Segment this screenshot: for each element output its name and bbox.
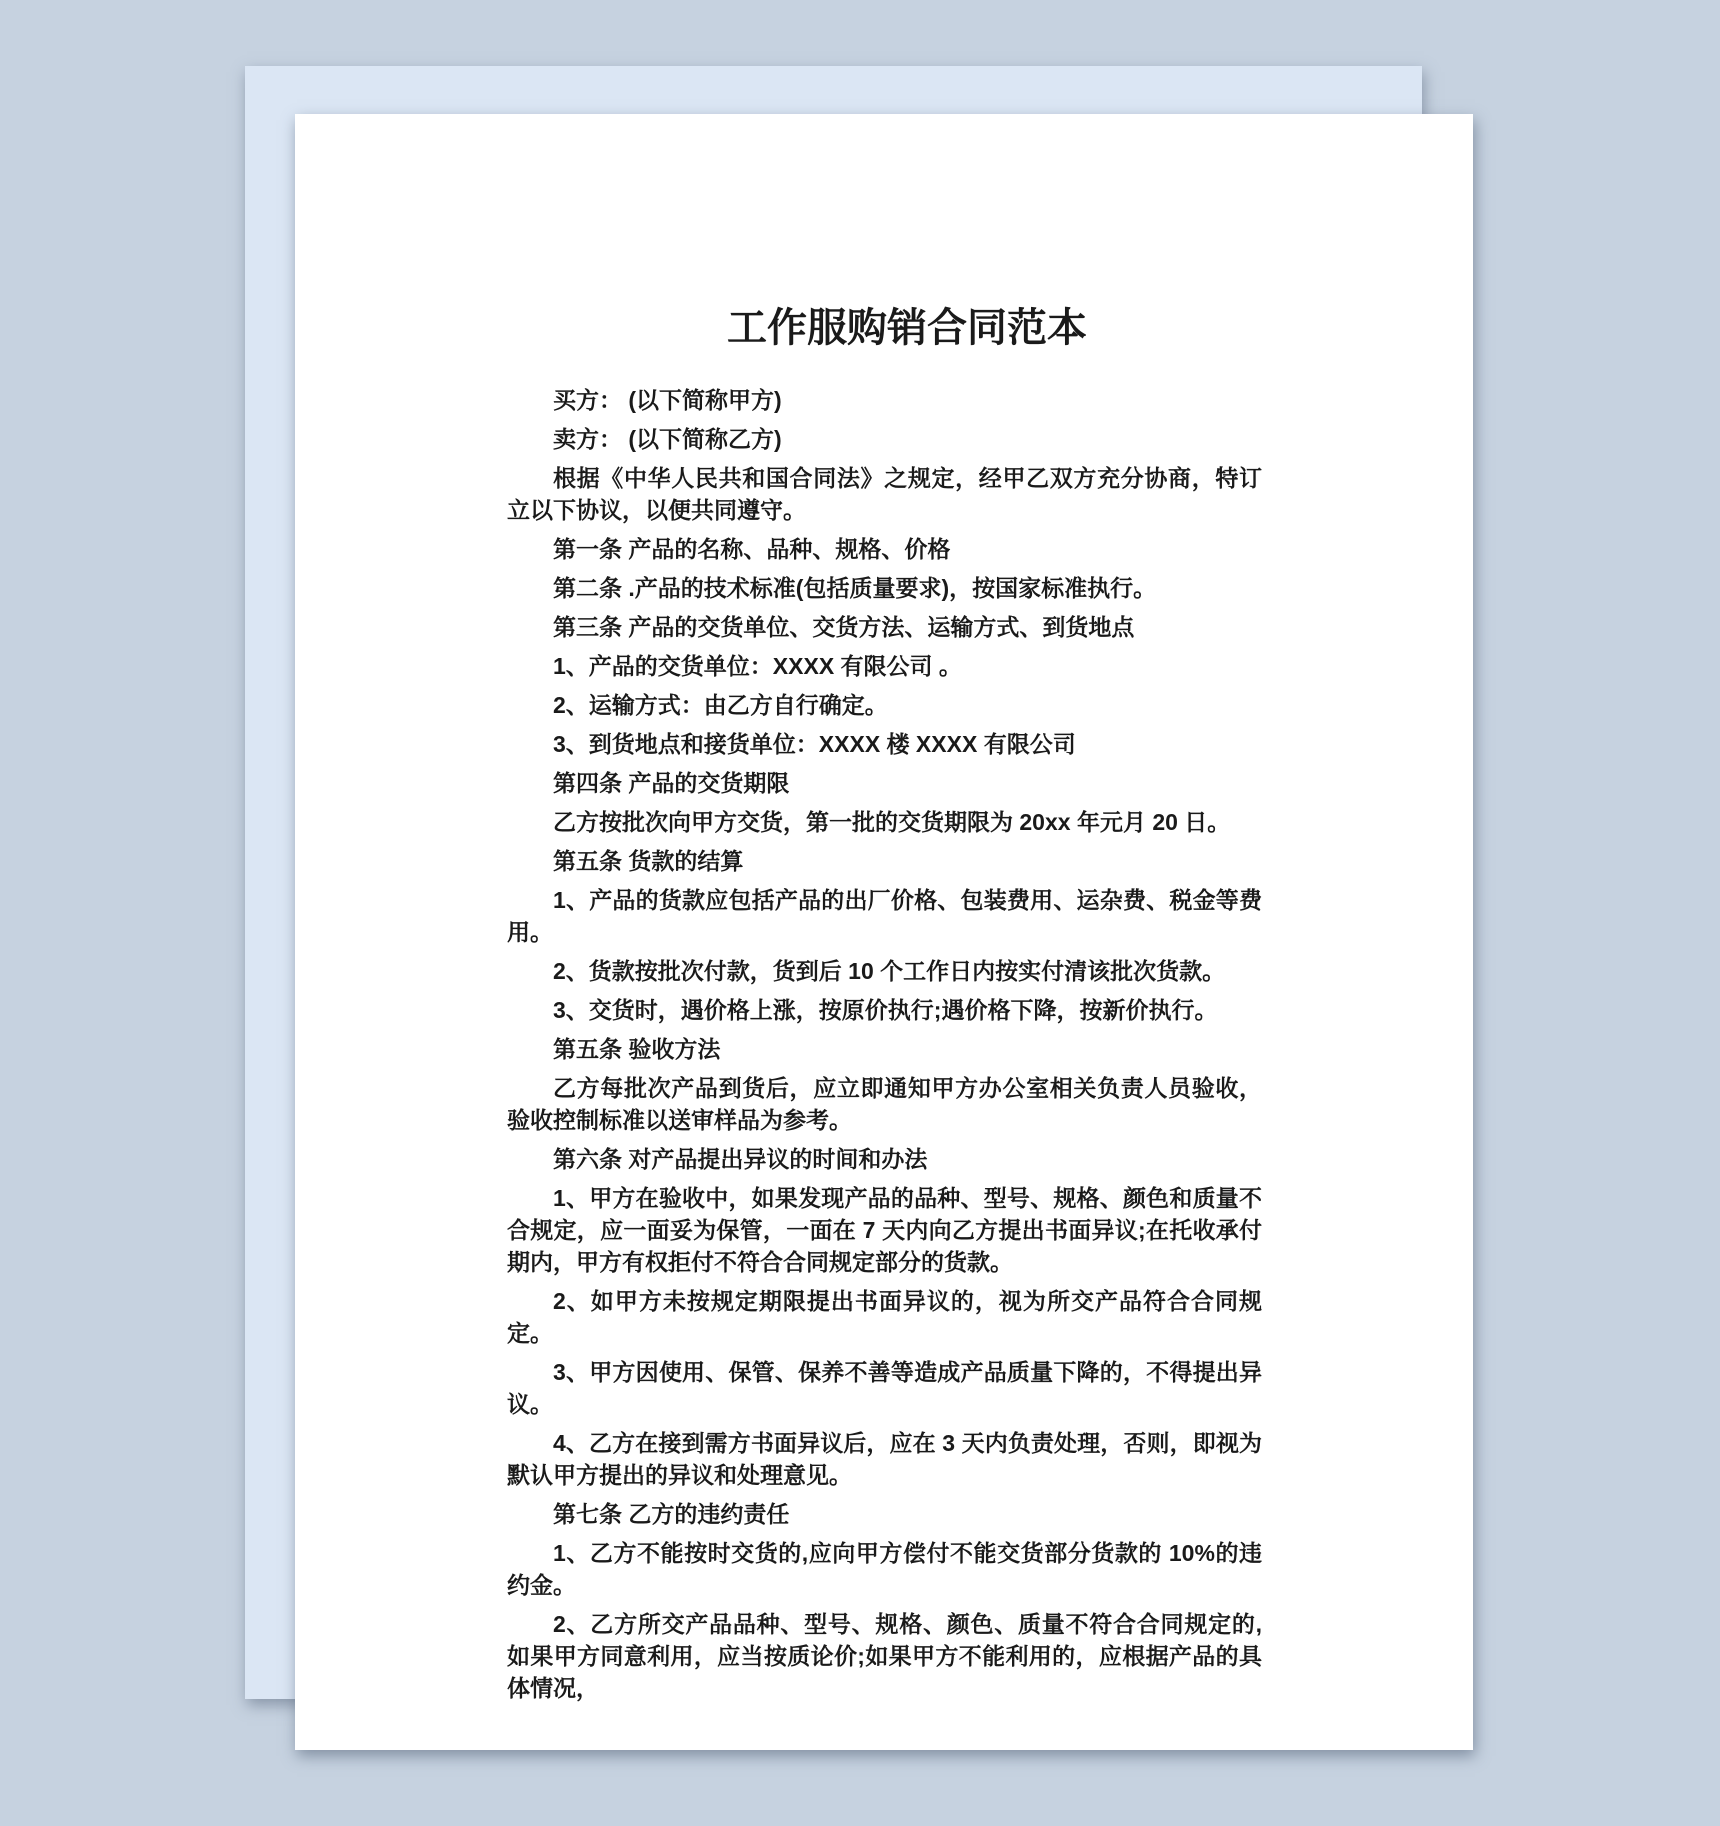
contract-paragraph: 买方： (以下简称甲方) — [507, 384, 1262, 416]
contract-paragraph: 乙方每批次产品到货后，应立即通知甲方办公室相关负责人员验收，验收控制标准以送审样… — [507, 1072, 1262, 1136]
contract-paragraph: 2、如甲方未按规定期限提出书面异议的，视为所交产品符合合同规定。 — [507, 1285, 1262, 1349]
contract-paragraph: 2、货款按批次付款，货到后 10 个工作日内按实付清该批次货款。 — [507, 955, 1262, 987]
contract-paragraph: 3、交货时，遇价格上涨，按原价执行;遇价格下降，按新价执行。 — [507, 994, 1262, 1026]
desktop-background: { "document": { "title": "工作服购销合同范本", "p… — [0, 0, 1720, 1826]
contract-paragraph: 2、乙方所交产品品种、型号、规格、颜色、质量不符合合同规定的,如果甲方同意利用，… — [507, 1608, 1262, 1704]
contract-paragraph: 2、运输方式：由乙方自行确定。 — [507, 689, 1262, 721]
contract-body: 买方： (以下简称甲方)卖方： (以下简称乙方)根据《中华人民共和国合同法》之规… — [507, 384, 1262, 1704]
contract-paragraph: 第一条 产品的名称、品种、规格、价格 — [507, 533, 1262, 565]
contract-paragraph: 根据《中华人民共和国合同法》之规定，经甲乙双方充分协商，特订立以下协议，以便共同… — [507, 462, 1262, 526]
contract-paragraph: 第五条 验收方法 — [507, 1033, 1262, 1065]
contract-paragraph: 第二条 .产品的技术标准(包括质量要求)，按国家标准执行。 — [507, 572, 1262, 604]
contract-paragraph: 第五条 货款的结算 — [507, 845, 1262, 877]
contract-paragraph: 第六条 对产品提出异议的时间和办法 — [507, 1143, 1262, 1175]
contract-paragraph: 4、乙方在接到需方书面异议后，应在 3 天内负责处理，否则，即视为默认甲方提出的… — [507, 1427, 1262, 1491]
document-content: 工作服购销合同范本 买方： (以下简称甲方)卖方： (以下简称乙方)根据《中华人… — [295, 114, 1473, 1751]
contract-paragraph: 1、产品的货款应包括产品的出厂价格、包装费用、运杂费、税金等费用。 — [507, 884, 1262, 948]
page-title: 工作服购销合同范本 — [507, 300, 1262, 356]
contract-paragraph: 第七条 乙方的违约责任 — [507, 1498, 1262, 1530]
contract-paragraph: 1、乙方不能按时交货的,应向甲方偿付不能交货部分货款的 10%的违约金。 — [507, 1537, 1262, 1601]
contract-paragraph: 乙方按批次向甲方交货，第一批的交货期限为 20xx 年元月 20 日。 — [507, 806, 1262, 838]
contract-paragraph: 第四条 产品的交货期限 — [507, 767, 1262, 799]
document-page: 工作服购销合同范本 买方： (以下简称甲方)卖方： (以下简称乙方)根据《中华人… — [295, 114, 1473, 1750]
contract-paragraph: 3、甲方因使用、保管、保养不善等造成产品质量下降的，不得提出异议。 — [507, 1356, 1262, 1420]
contract-paragraph: 3、到货地点和接货单位：XXXX 楼 XXXX 有限公司 — [507, 728, 1262, 760]
contract-paragraph: 第三条 产品的交货单位、交货方法、运输方式、到货地点 — [507, 611, 1262, 643]
contract-paragraph: 1、产品的交货单位：XXXX 有限公司 。 — [507, 650, 1262, 682]
contract-paragraph: 1、甲方在验收中，如果发现产品的品种、型号、规格、颜色和质量不合规定，应一面妥为… — [507, 1182, 1262, 1278]
contract-paragraph: 卖方： (以下简称乙方) — [507, 423, 1262, 455]
